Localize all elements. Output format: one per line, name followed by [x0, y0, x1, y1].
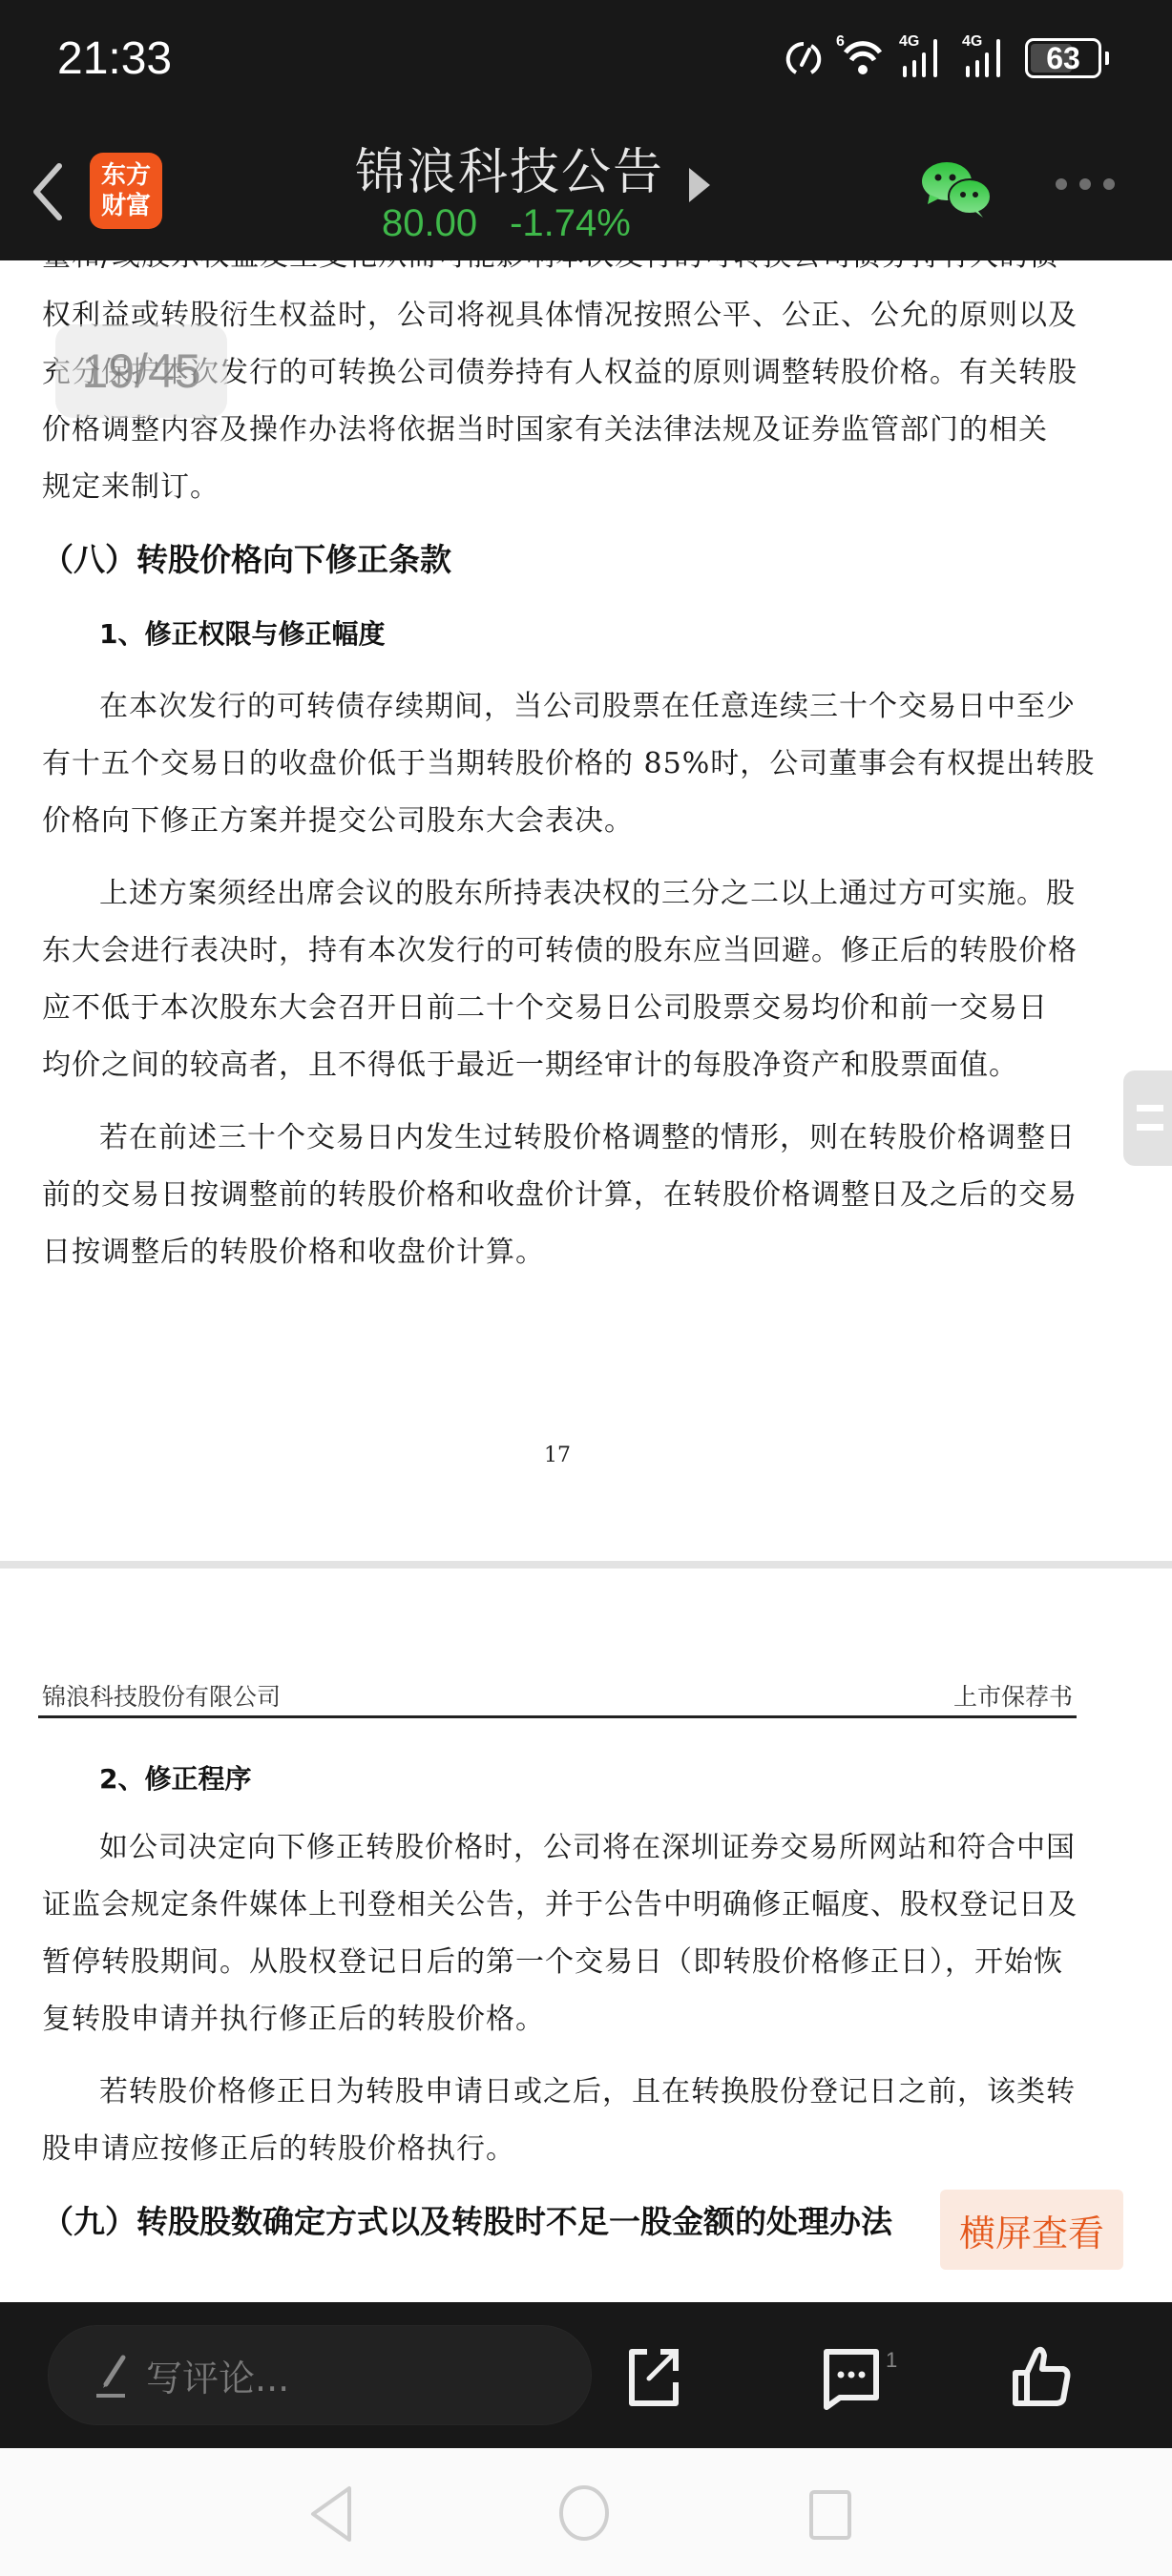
section-heading: （八）转股价格向下修正条款: [42, 535, 451, 580]
comment-button[interactable]: [819, 2342, 886, 2411]
subsection-heading: 1、修正权限与修正幅度: [99, 613, 385, 652]
running-header: 锦浪科技股份有限公司 上市保荐书: [38, 1674, 1077, 1718]
running-header-company: 锦浪科技股份有限公司: [42, 1678, 281, 1713]
share-icon: [622, 2342, 689, 2411]
text-line: 证监会规定条件媒体上刊登相关公告，并于公告中明确修正幅度、股权登记日及: [42, 1886, 1078, 1924]
text-line: 如公司决定向下修正转股价格时，公司将在深圳证券交易所网站和符合中国: [99, 1829, 1076, 1867]
more-options-button[interactable]: [1056, 178, 1115, 190]
dot-icon: [1056, 178, 1067, 190]
comment-placeholder: 写评论...: [146, 2349, 289, 2401]
wechat-icon: [920, 160, 993, 219]
back-triangle-icon[interactable]: [305, 2484, 363, 2544]
stock-quote: 80.00 -1.74%: [382, 202, 631, 245]
data-saver-icon: [785, 38, 823, 78]
text-line: 前的交易日按调整前的转股价格和收盘价计算，在转股价格调整日及之后的交易: [42, 1176, 1078, 1215]
section-heading: （九）转股股数确定方式以及转股时不足一股金额的处理办法: [42, 2197, 892, 2242]
page-divider: [0, 1561, 1172, 1568]
home-circle-icon[interactable]: [554, 2483, 615, 2544]
text-line: 上述方案须经出席会议的股东所持表决权的三分之二以上通过方可实施。股: [99, 875, 1076, 913]
text-line: 价格向下修正方案并提交公司股东大会表决。: [42, 802, 634, 841]
text-line: 暂停转股期间。从股权登记日后的第一个交易日（即转股价格修正日），开始恢: [42, 1943, 1063, 1982]
app-header: 东方 财富 锦浪科技公告 80.00 -1.74%: [0, 124, 1172, 260]
edit-icon: [94, 2352, 131, 2399]
text-line: 若转股价格修正日为转股申请日或之后，且在转换股份登记日之前，该类转: [99, 2073, 1076, 2111]
like-button[interactable]: [1010, 2342, 1077, 2411]
text-line: 量和/或股东权益发生变化从而可能影响本次发行的可转换公司债券持有人的债: [42, 260, 1058, 276]
landscape-view-button[interactable]: 横屏查看: [940, 2190, 1123, 2270]
text-line: 在本次发行的可转债存续期间，当公司股票在任意连续三十个交易日中至少: [99, 688, 1076, 726]
recents-square-icon[interactable]: [804, 2486, 861, 2544]
text-line: 日按调整后的转股价格和收盘价计算。: [42, 1234, 545, 1272]
page-counter: 19/45: [55, 324, 227, 418]
wifi-icon: 6: [836, 37, 886, 79]
text-line: 均价之间的较高者，且不得低于最近一期经审计的每股净资产和股票面值。: [42, 1047, 1018, 1085]
text-line: 东大会进行表决时，持有本次发行的可转债的股东应当回避。修正后的转股价格: [42, 932, 1078, 970]
system-nav-bar: [0, 2448, 1172, 2576]
text-line: 复转股申请并执行修正后的转股价格。: [42, 2001, 545, 2039]
battery-level: 63: [1046, 41, 1080, 76]
next-stock-arrow-icon[interactable]: [689, 168, 710, 202]
comment-icon: [819, 2342, 886, 2411]
running-header-doc-type: 上市保荐书: [953, 1678, 1073, 1713]
signal-icon-2: 4G: [962, 37, 1012, 79]
subsection-heading: 2、修正程序: [99, 1758, 251, 1797]
text-line: 股申请应按修正后的转股价格执行。: [42, 2130, 515, 2169]
bottom-action-bar: 写评论... 1: [0, 2302, 1172, 2448]
document-viewer[interactable]: 量和/或股东权益发生变化从而可能影响本次发行的可转换公司债券持有人的债 权利益或…: [0, 260, 1172, 2302]
dot-icon: [1103, 178, 1115, 190]
battery-icon: 63: [1025, 38, 1101, 78]
stock-change: -1.74%: [510, 202, 631, 245]
share-button[interactable]: [622, 2342, 689, 2411]
text-line: 有十五个交易日的收盘价低于当期转股价格的 85%时，公司董事会有权提出转股: [42, 745, 1095, 783]
stock-price: 80.00: [382, 202, 477, 245]
text-line: 若在前述三十个交易日内发生过转股价格调整的情形，则在转股价格调整日: [99, 1119, 1076, 1157]
page-title: 锦浪科技公告: [0, 132, 1019, 203]
text-line: 规定来制订。: [42, 468, 220, 507]
page-number: 17: [544, 1444, 571, 1467]
thumbs-up-icon: [1010, 2342, 1077, 2411]
side-drawer-handle[interactable]: [1123, 1070, 1172, 1166]
status-time: 21:33: [57, 32, 172, 85]
status-icons: 6 4G 4G: [785, 36, 1109, 80]
comment-input[interactable]: 写评论...: [48, 2325, 592, 2425]
text-line: 应不低于本次股东大会召开日前二十个交易日公司股票交易均价和前一交易日: [42, 989, 1048, 1028]
comment-count-badge: 1: [886, 2348, 897, 2373]
dot-icon: [1079, 178, 1091, 190]
battery-tip: [1105, 52, 1109, 65]
status-bar: 21:33 6 4G 4G: [0, 0, 1172, 124]
signal-icon-1: 4G: [899, 37, 949, 79]
wechat-share-button[interactable]: [920, 160, 993, 218]
